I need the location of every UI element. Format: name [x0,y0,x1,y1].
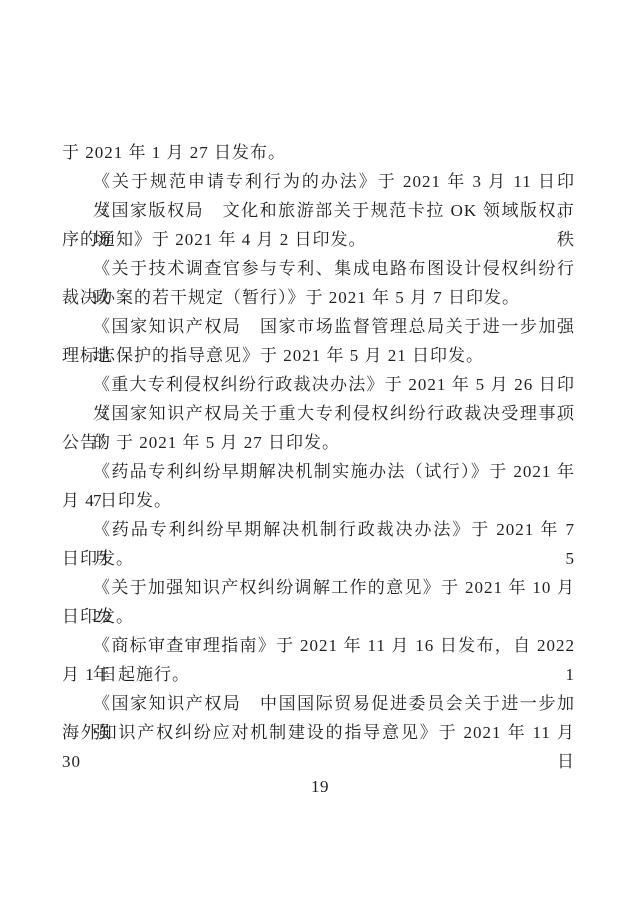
text-line: 《药品专利纠纷早期解决机制行政裁决办法》于 2021 年 7 月 5 [62,515,575,544]
text-line: 月 4 日印发。 [62,486,575,515]
text-line: 于 2021 年 1 月 27 日发布。 [62,138,575,167]
text-line: 《国家知识产权局关于重大专利侵权纠纷行政裁决受理事项的 [62,399,575,428]
text-line: 公告》于 2021 年 5 月 27 日印发。 [62,428,575,457]
text-line: 《关于加强知识产权纠纷调解工作的意见》于 2021 年 10 月 22 [62,573,575,602]
text-line: 《药品专利纠纷早期解决机制实施办法（试行）》于 2021 年 7 [62,457,575,486]
text-line: 日印发。 [62,602,575,631]
body-text-block: 于 2021 年 1 月 27 日发布。《关于规范申请专利行为的办法》于 202… [62,138,575,747]
text-line: 《关于技术调查官参与专利、集成电路布图设计侵权纠纷行政 [62,254,575,283]
text-line: 海外知识产权纠纷应对机制建设的指导意见》于 2021 年 11 月 30 日 [62,718,575,747]
page-number: 19 [0,776,640,798]
text-line: 《关于规范申请专利行为的办法》于 2021 年 3 月 11 日印发。 [62,167,575,196]
text-line: 《国家知识产权局 中国国际贸易促进委员会关于进一步加强 [62,689,575,718]
document-page: 于 2021 年 1 月 27 日发布。《关于规范申请专利行为的办法》于 202… [0,0,640,900]
text-line: 《重大专利侵权纠纷行政裁决办法》于 2021 年 5 月 26 日印发。 [62,370,575,399]
text-line: 《商标审查审理指南》于 2021 年 11 月 16 日发布，自 2022 年 … [62,631,575,660]
text-line: 《国家版权局 文化和旅游部关于规范卡拉 OK 领域版权市场秩 [62,196,575,225]
text-line: 理标志保护的指导意见》于 2021 年 5 月 21 日印发。 [62,341,575,370]
text-line: 《国家知识产权局 国家市场监督管理总局关于进一步加强地 [62,312,575,341]
text-line: 裁决办案的若干规定（暂行）》于 2021 年 5 月 7 日印发。 [62,283,575,312]
